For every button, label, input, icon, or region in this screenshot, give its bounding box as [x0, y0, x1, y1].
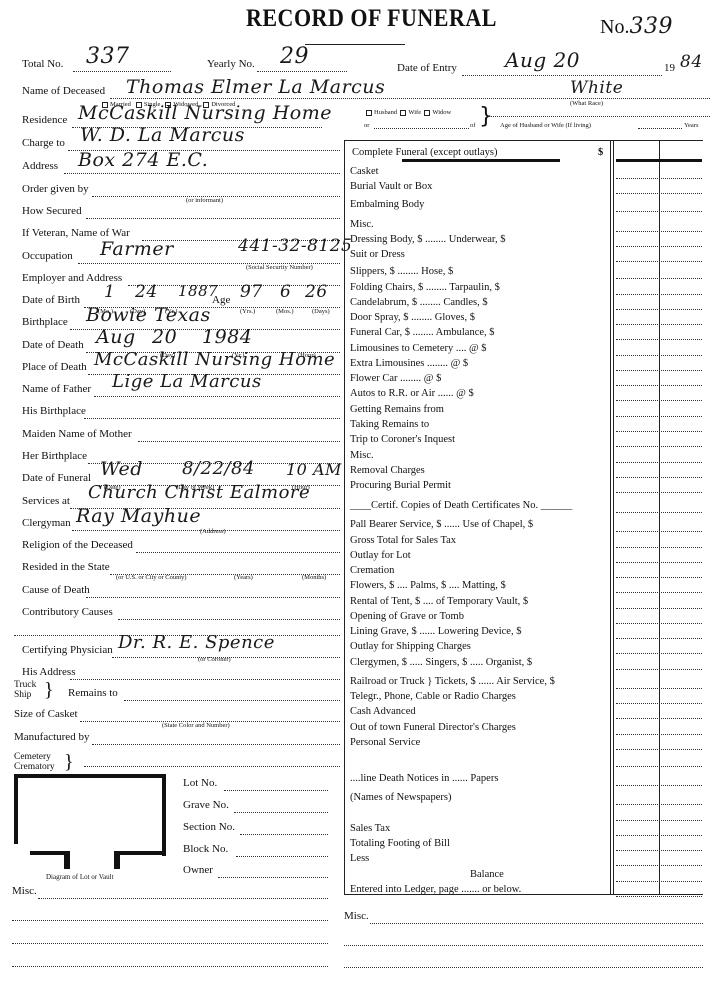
- charge-row-label: Misc.: [350, 219, 374, 230]
- physician-address-label: His Address: [22, 666, 75, 678]
- charge-row-label: ....line Death Notices in ...... Papers: [350, 773, 498, 784]
- charge-amount-input[interactable]: [616, 820, 702, 821]
- address-label: Address: [22, 160, 58, 172]
- charge-amount-input[interactable]: [616, 531, 702, 532]
- charge-amount-input[interactable]: [616, 562, 702, 563]
- charge-amount-input[interactable]: [616, 881, 702, 882]
- charge-row-label: Door Spray, $ ........ Gloves, $: [350, 312, 475, 323]
- charge-amount-input[interactable]: [616, 261, 702, 262]
- charge-amount-input[interactable]: [616, 278, 702, 279]
- place-of-death-label: Place of Death: [22, 361, 87, 373]
- owner-input[interactable]: [218, 877, 328, 878]
- charge-amount-input[interactable]: [616, 766, 702, 767]
- deceased-name-value[interactable]: Thomas Elmer La Marcus: [126, 76, 385, 98]
- charge-row-label: Telegr., Phone, Cable or Radio Charges: [350, 691, 516, 702]
- record-number: No.339: [600, 14, 673, 39]
- block-no-input[interactable]: [236, 856, 328, 857]
- charge-row-label: ____Certif. Copies of Death Certificates…: [350, 500, 572, 511]
- religion-label: Religion of the Deceased: [22, 539, 133, 551]
- father-name-label: Name of Father: [22, 383, 91, 395]
- charge-row-label: Pall Bearer Service, $ ...... Use of Cha…: [350, 519, 533, 530]
- charge-amount-input[interactable]: [616, 446, 702, 447]
- death-year-value[interactable]: 1984: [202, 326, 252, 348]
- funeral-date-value[interactable]: Wed: [100, 458, 143, 480]
- charge-row-label: Outlay for Shipping Charges: [350, 641, 471, 652]
- charge-row-label: Outlay for Lot: [350, 550, 411, 561]
- charge-amount-input[interactable]: [616, 850, 702, 851]
- order-given-by-label: Order given by: [22, 183, 89, 195]
- charge-amount-input[interactable]: [616, 385, 702, 386]
- charge-amount-input[interactable]: [616, 477, 702, 478]
- charge-amount-input[interactable]: [616, 865, 702, 866]
- husband-checkbox[interactable]: Husband: [366, 109, 397, 116]
- misc-right-input[interactable]: [370, 923, 703, 924]
- funeral-hour-value[interactable]: 10 AM: [286, 460, 342, 479]
- charge-row-label: Autos to R.R. or Air ...... @ $: [350, 388, 474, 399]
- funeral-day-value[interactable]: 8/22/84: [182, 458, 255, 479]
- mother-maiden-name-input[interactable]: [138, 441, 340, 442]
- complete-funeral-label: Complete Funeral (except outlays): [352, 147, 498, 158]
- his-birthplace-input[interactable]: [84, 418, 340, 419]
- charge-amount-input[interactable]: [616, 416, 702, 417]
- charge-amount-input[interactable]: [616, 749, 702, 750]
- certifying-physician-value[interactable]: Dr. R. E. Spence: [118, 632, 275, 653]
- cemetery-input[interactable]: [84, 766, 340, 767]
- charge-row-label: Flower Car ........ @ $: [350, 373, 441, 384]
- block-no-label: Block No.: [183, 843, 228, 855]
- father-name-value[interactable]: Lige La Marcus: [112, 371, 262, 392]
- charge-amount-input[interactable]: [616, 896, 702, 897]
- charge-row-label: Opening of Grave or Tomb: [350, 611, 464, 622]
- wife-checkbox[interactable]: Wife: [400, 109, 421, 116]
- age-months-value[interactable]: 6: [280, 282, 291, 302]
- charge-row-label: Slippers, $ ........ Hose, $: [350, 266, 453, 277]
- age-years-value[interactable]: 97: [240, 282, 263, 302]
- charge-row-label: Getting Remains from: [350, 404, 444, 415]
- charge-amount-input[interactable]: [616, 178, 702, 179]
- resided-in-state-label: Resided in the State: [22, 561, 110, 573]
- address-value[interactable]: Box 274 E.C.: [78, 149, 208, 171]
- charge-amount-input[interactable]: [616, 623, 702, 624]
- charge-amount-input[interactable]: [616, 688, 702, 689]
- charge-amount-input[interactable]: [616, 355, 702, 356]
- entry-year-value[interactable]: 84: [680, 52, 703, 72]
- birth-day-value[interactable]: 24: [135, 282, 158, 302]
- charge-amount-input[interactable]: [616, 400, 702, 401]
- charge-row-label: Cremation: [350, 565, 394, 576]
- charge-row-label: Misc.: [350, 450, 374, 461]
- name-of-deceased-label: Name of Deceased: [22, 85, 105, 97]
- charge-amount-input[interactable]: [616, 835, 702, 836]
- charge-row-label: Procuring Burial Permit: [350, 480, 451, 491]
- charge-row-label: Funeral Car, $ ........ Ambulance, $: [350, 327, 495, 338]
- charge-amount-input[interactable]: [616, 512, 702, 513]
- cause-of-death-input[interactable]: [86, 597, 340, 598]
- charge-row-label: Sales Tax: [350, 823, 390, 834]
- charge-row-label: Folding Chairs, $ ........ Tarpaulin, $: [350, 282, 500, 293]
- charge-row-label: Balance: [470, 869, 504, 880]
- physician-address-input[interactable]: [70, 679, 340, 680]
- charge-row-label: (Names of Newspapers): [350, 792, 451, 803]
- cemetery-crematory-label: CemeteryCrematory: [14, 752, 55, 772]
- charge-amount-input[interactable]: [616, 804, 702, 805]
- grave-no-label: Grave No.: [183, 799, 229, 811]
- grave-no-input[interactable]: [234, 812, 328, 813]
- clergyman-value[interactable]: Ray Mayhue: [76, 505, 201, 527]
- charge-amount-input[interactable]: [616, 324, 702, 325]
- birth-month-value[interactable]: 1: [104, 282, 115, 302]
- lot-no-input[interactable]: [224, 790, 328, 791]
- charge-row-label: Removal Charges: [350, 465, 425, 476]
- charge-row-label: Limousines to Cemetery .... @ $: [350, 343, 487, 354]
- charge-row-label: Casket: [350, 166, 379, 177]
- place-of-death-value[interactable]: McCaskill Nursing Home: [94, 349, 335, 370]
- complete-funeral-amount[interactable]: [616, 159, 702, 162]
- religion-input[interactable]: [136, 552, 340, 553]
- charge-amount-input[interactable]: [616, 246, 702, 247]
- total-no-value[interactable]: 337: [86, 44, 130, 69]
- charge-row-label: Rental of Tent, $ .... of Temporary Vaul…: [350, 596, 528, 607]
- misc-left-input[interactable]: [38, 898, 328, 899]
- age-days-value[interactable]: 26: [305, 282, 328, 302]
- charge-amount-input[interactable]: [616, 669, 702, 670]
- occupation-value[interactable]: Farmer: [100, 238, 174, 260]
- charge-row-label: Extra Limousines ........ @ $: [350, 358, 468, 369]
- contributory-causes-input[interactable]: [118, 619, 340, 620]
- charge-row-label: Totaling Footing of Bill: [350, 838, 450, 849]
- section-no-label: Section No.: [183, 821, 235, 833]
- charge-amount-input[interactable]: [616, 211, 702, 212]
- charge-amount-input[interactable]: [616, 592, 702, 593]
- charge-amount-input[interactable]: [616, 339, 702, 340]
- services-at-label: Services at: [22, 495, 70, 507]
- death-month-value[interactable]: Aug: [96, 326, 136, 348]
- truck-ship-label: TruckShip: [14, 680, 36, 700]
- charge-row-label: Dressing Body, $ ........ Underwear, $: [350, 234, 506, 245]
- misc-right-label: Misc.: [344, 910, 369, 922]
- mother-maiden-name-label: Maiden Name of Mother: [22, 428, 132, 440]
- title-underline: [305, 44, 405, 45]
- services-at-value[interactable]: Church Christ Ealmore: [88, 482, 310, 503]
- contributory-causes-label: Contributory Causes: [22, 606, 113, 618]
- her-birthplace-label: Her Birthplace: [22, 450, 87, 462]
- casket-size-label: Size of Casket: [14, 708, 78, 720]
- remains-to-label: Remains to: [68, 687, 118, 699]
- charge-amount-input[interactable]: [616, 608, 702, 609]
- date-of-funeral-label: Date of Funeral: [22, 472, 91, 484]
- charge-amount-input[interactable]: [616, 653, 702, 654]
- widow-checkbox[interactable]: Widow: [424, 109, 451, 116]
- ssn-value[interactable]: 441-32-8125: [238, 236, 352, 256]
- misc-left-label: Misc.: [12, 885, 37, 897]
- charge-row-label: Entered into Ledger, page ....... or bel…: [350, 884, 521, 895]
- charge-amount-input[interactable]: [616, 734, 702, 735]
- race-value[interactable]: White: [570, 78, 623, 98]
- charge-amount-input[interactable]: [616, 231, 702, 232]
- charge-row-label: Trip to Coroner's Inquest: [350, 434, 455, 445]
- charge-amount-input[interactable]: [616, 718, 702, 719]
- manufactured-by-input[interactable]: [92, 744, 340, 745]
- charge-row-label: Flowers, $ .... Palms, $ .... Matting, $: [350, 580, 506, 591]
- charge-row-label: Gross Total for Sales Tax: [350, 535, 456, 546]
- total-no-label: Total No.: [22, 58, 63, 70]
- charge-row-label: Personal Service: [350, 737, 420, 748]
- charge-row-label: Cash Advanced: [350, 706, 416, 717]
- charge-row-label: Taking Remains to: [350, 419, 429, 430]
- his-birthplace-label: His Birthplace: [22, 405, 86, 417]
- charge-row-label: Embalming Body: [350, 199, 424, 210]
- residence-value[interactable]: McCaskill Nursing Home: [78, 102, 332, 124]
- date-of-death-label: Date of Death: [22, 339, 84, 351]
- remains-to-input[interactable]: [124, 700, 340, 701]
- date-of-birth-label: Date of Birth: [22, 294, 80, 306]
- residence-label: Residence: [22, 114, 67, 126]
- charge-amount-input[interactable]: [616, 193, 702, 194]
- death-day-value[interactable]: 20: [152, 326, 177, 348]
- charge-amount-input[interactable]: [616, 638, 702, 639]
- charge-amount-input[interactable]: [616, 577, 702, 578]
- charge-amount-input[interactable]: [616, 370, 702, 371]
- clergyman-label: Clergyman: [22, 517, 71, 529]
- certifying-physician-label: Certifying Physician: [22, 644, 113, 656]
- section-no-input[interactable]: [240, 834, 328, 835]
- spouse-options: Husband Wife Widow: [366, 109, 451, 116]
- occupation-label: Occupation: [22, 250, 73, 262]
- date-of-entry-label: Date of Entry: [397, 62, 457, 74]
- charge-row-label: Railroad or Truck } Tickets, $ ...... Ai…: [350, 676, 555, 687]
- yearly-no-label: Yearly No.: [207, 58, 255, 70]
- charge-row-label: Out of town Funeral Director's Charges: [350, 722, 516, 733]
- how-secured-input[interactable]: [86, 218, 340, 219]
- charge-row-label: Suit or Dress: [350, 249, 405, 260]
- diagram-caption: Diagram of Lot or Vault: [46, 873, 114, 881]
- manufactured-by-label: Manufactured by: [14, 731, 89, 743]
- cause-of-death-label: Cause of Death: [22, 584, 90, 596]
- page-title: RECORD OF FUNERAL: [246, 3, 497, 33]
- charge-row-label: Lining Grave, $ ...... Lowering Device, …: [350, 626, 521, 637]
- birthplace-value[interactable]: Bowie Texas: [86, 304, 211, 326]
- date-of-entry-value[interactable]: Aug 20: [505, 48, 580, 72]
- lot-no-label: Lot No.: [183, 777, 217, 789]
- birthplace-label: Birthplace: [22, 316, 68, 328]
- charge-row-label: Candelabrum, $ ........ Candles, $: [350, 297, 488, 308]
- charge-row-label: Burial Vault or Box: [350, 181, 432, 192]
- charge-to-label: Charge to: [22, 137, 65, 149]
- owner-label: Owner: [183, 864, 213, 876]
- charge-to-value[interactable]: W. D. La Marcus: [80, 124, 245, 146]
- charge-amount-input[interactable]: [616, 431, 702, 432]
- how-secured-label: How Secured: [22, 205, 82, 217]
- charge-amount-input[interactable]: [616, 492, 702, 493]
- charge-amount-input[interactable]: [616, 547, 702, 548]
- charge-amount-input[interactable]: [616, 703, 702, 704]
- charge-row-label: Clergymen, $ ..... Singers, $ ..... Orga…: [350, 657, 532, 668]
- yearly-no-value[interactable]: 29: [280, 44, 309, 69]
- charge-amount-input[interactable]: [616, 462, 702, 463]
- charge-amount-input[interactable]: [616, 294, 702, 295]
- charge-row-label: Less: [350, 853, 369, 864]
- charge-amount-input[interactable]: [616, 309, 702, 310]
- charge-amount-input[interactable]: [616, 785, 702, 786]
